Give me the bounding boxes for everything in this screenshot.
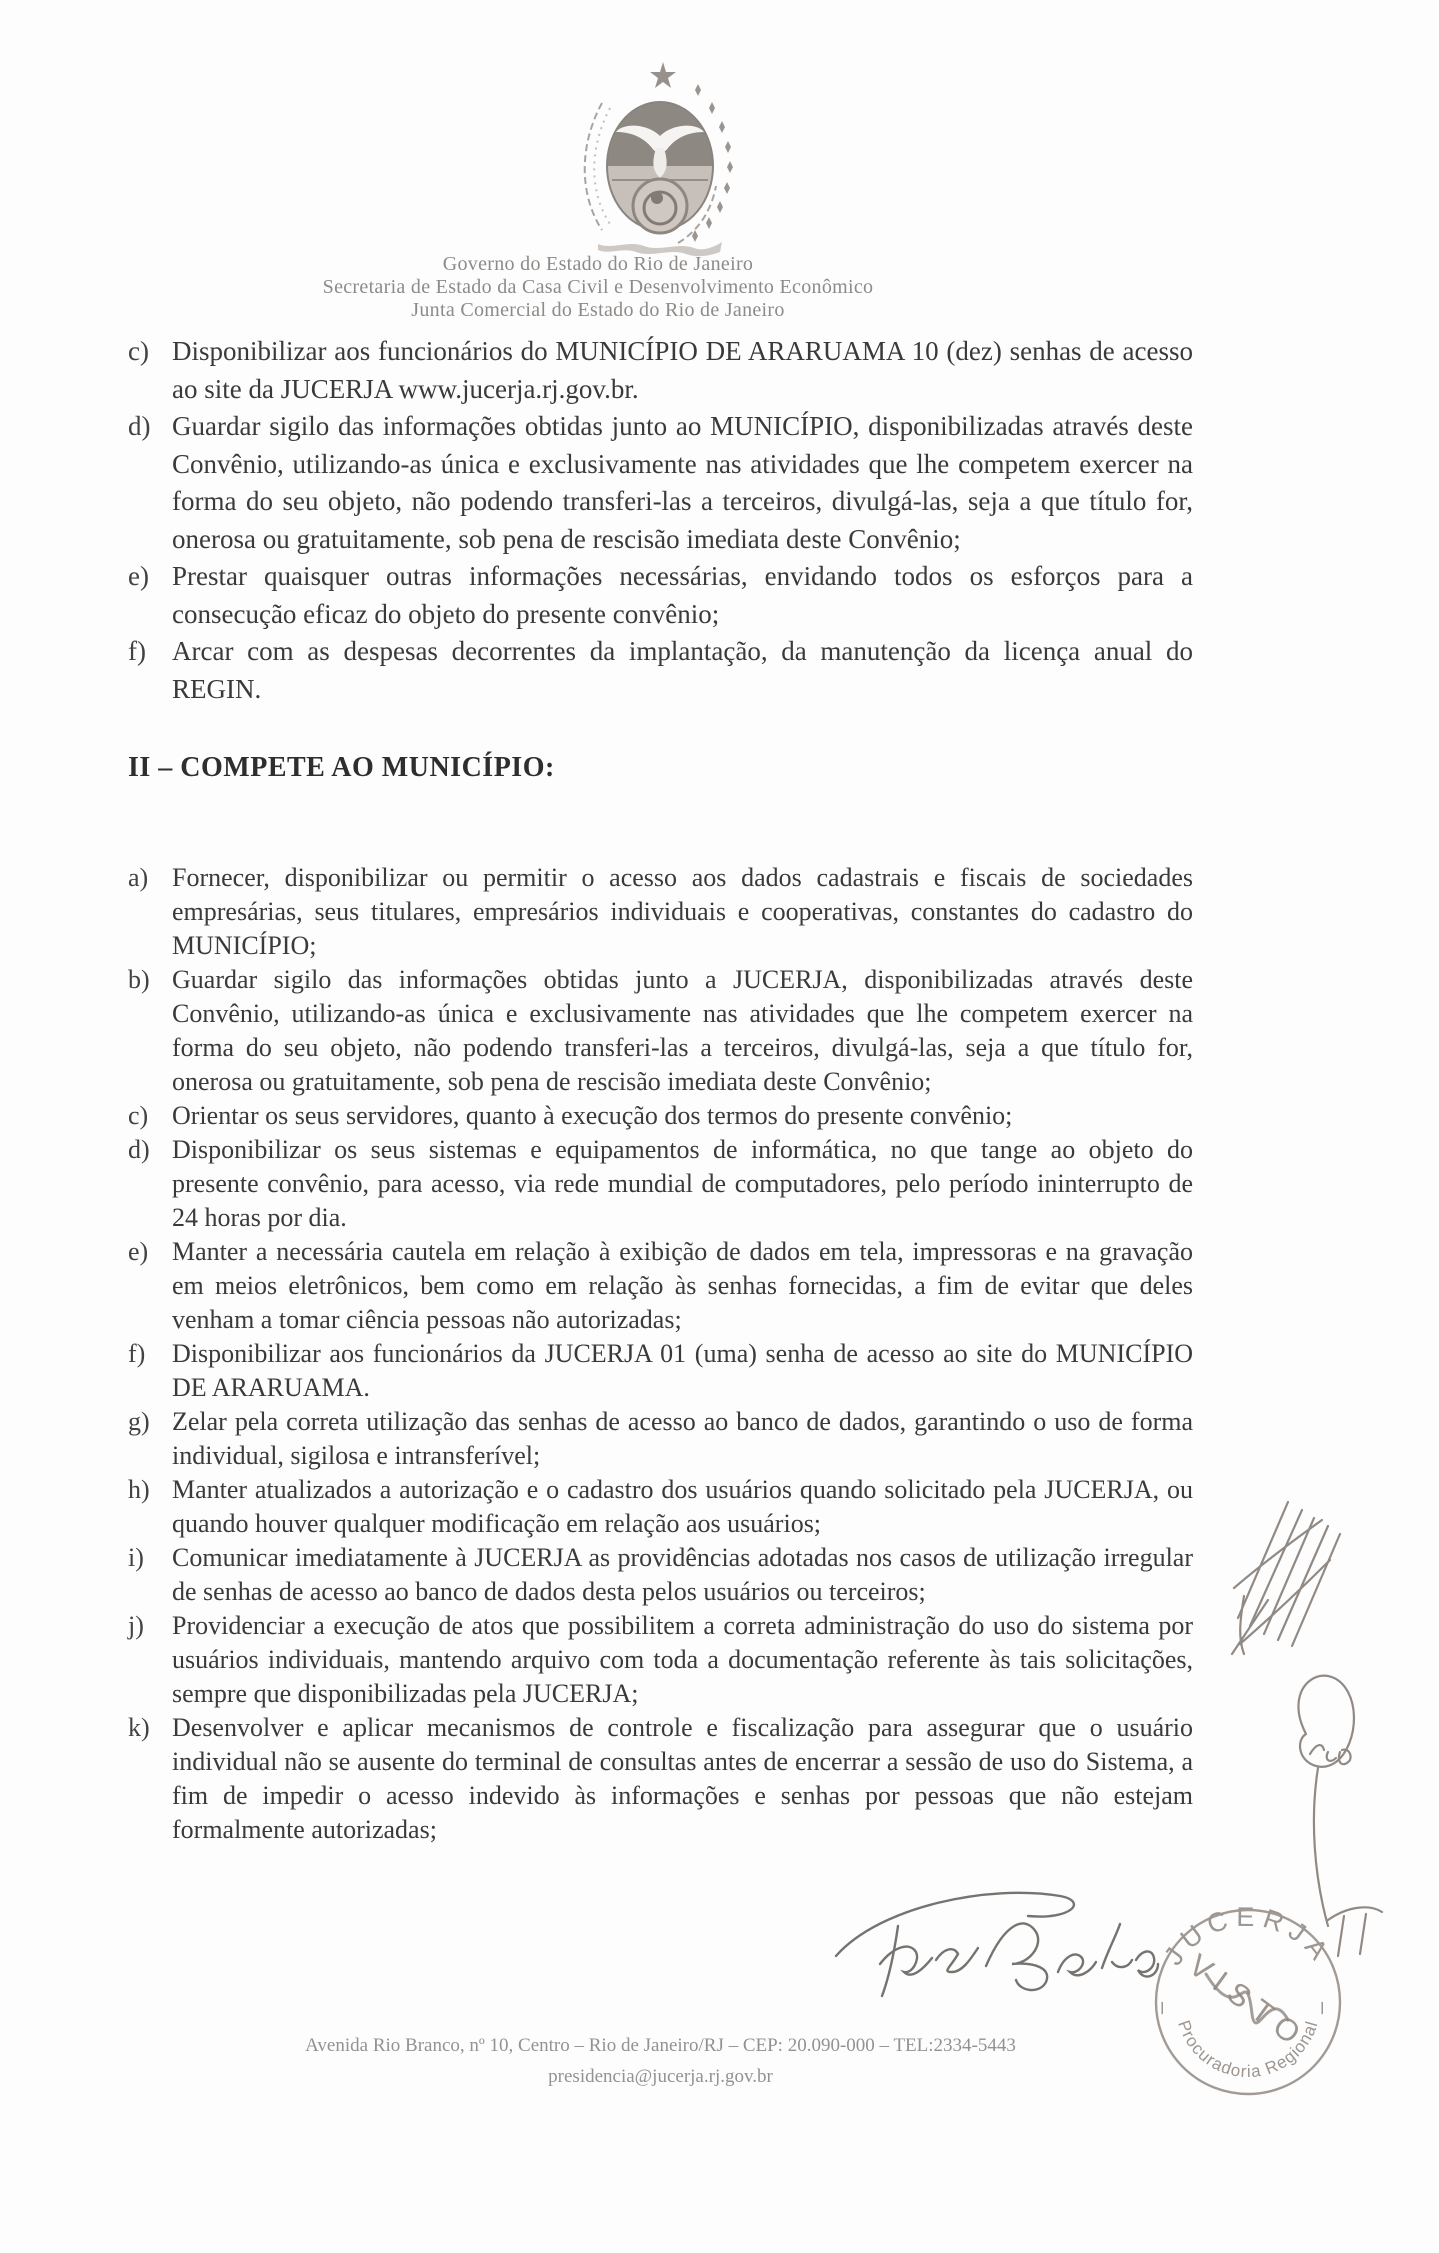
list-item: f) Disponibilizar aos funcionários da JU…	[128, 1337, 1193, 1405]
list-item-text: Providenciar a execução de atos que poss…	[172, 1609, 1193, 1711]
list-item: j) Providenciar a execução de atos que p…	[128, 1609, 1193, 1711]
list-item-text: Manter atualizados a autorização e o cad…	[172, 1473, 1193, 1541]
letterhead-line-junta-comercial: Junta Comercial do Estado do Rio de Jane…	[0, 299, 1196, 322]
list-item: e) Manter a necessária cautela em relaçã…	[128, 1235, 1193, 1337]
list-item-letter: f)	[128, 633, 172, 671]
list-item: g) Zelar pela correta utilização das sen…	[128, 1405, 1193, 1473]
list-item: c) Orientar os seus servidores, quanto à…	[128, 1099, 1193, 1133]
list-item: b) Guardar sigilo das informações obtida…	[128, 963, 1193, 1099]
stamp-org-arc-text: JUCERJA	[1158, 1902, 1338, 1971]
list-item-text: Fornecer, disponibilizar ou permitir o a…	[172, 861, 1193, 963]
scanned-convenio-page: Governo do Estado do Rio de Janeiro Secr…	[0, 0, 1439, 2253]
list-item-letter: e)	[128, 1235, 172, 1269]
list-item: d) Guardar sigilo das informações obtida…	[128, 408, 1193, 558]
list-item: i) Comunicar imediatamente à JUCERJA as …	[128, 1541, 1193, 1609]
list-item-letter: k)	[128, 1711, 172, 1745]
letterhead: Governo do Estado do Rio de Janeiro Secr…	[0, 253, 1196, 322]
page-footer: Avenida Rio Branco, nº 10, Centro – Rio …	[128, 2030, 1193, 2092]
list-item-text: Guardar sigilo das informações obtidas j…	[172, 408, 1193, 558]
list-item-text: Disponibilizar aos funcionários da JUCER…	[172, 1337, 1193, 1405]
stamp-left-dash: –	[1148, 2001, 1173, 2014]
list-item-letter: c)	[128, 1099, 172, 1133]
list-item: h) Manter atualizados a autorização e o …	[128, 1473, 1193, 1541]
list-item-text: Arcar com as despesas decorrentes da imp…	[172, 633, 1193, 708]
list-item-text: Disponibilizar aos funcionários do MUNIC…	[172, 333, 1193, 408]
section-heading: II – COMPETE AO MUNICÍPIO:	[128, 752, 555, 784]
stamp-right-dash: –	[1308, 2001, 1333, 2014]
letterhead-line-secretaria: Secretaria de Estado da Casa Civil e Des…	[0, 276, 1196, 299]
footer-email: presidencia@jucerja.rj.gov.br	[128, 2061, 1193, 2092]
list-item-letter: c)	[128, 333, 172, 371]
list-item-text: Orientar os seus servidores, quanto à ex…	[172, 1099, 1193, 1133]
list-item: k) Desenvolver e aplicar mecanismos de c…	[128, 1711, 1193, 1847]
list-item: d) Disponibilizar os seus sistemas e equ…	[128, 1133, 1193, 1235]
list-item-letter: g)	[128, 1405, 172, 1439]
list-item-letter: h)	[128, 1473, 172, 1507]
list-item-letter: j)	[128, 1609, 172, 1643]
list-item-text: Manter a necessária cautela em relação à…	[172, 1235, 1193, 1337]
footer-address: Avenida Rio Branco, nº 10, Centro – Rio …	[128, 2030, 1193, 2061]
list-item-letter: d)	[128, 1133, 172, 1167]
list-item-text: Prestar quaisquer outras informações nec…	[172, 558, 1193, 633]
list-item: f) Arcar com as despesas decorrentes da …	[128, 633, 1193, 708]
list-item-text: Guardar sigilo das informações obtidas j…	[172, 963, 1193, 1099]
list-item-text: Disponibilizar os seus sistemas e equipa…	[172, 1133, 1193, 1235]
list-item-letter: i)	[128, 1541, 172, 1575]
list-item: c) Disponibilizar aos funcionários do MU…	[128, 333, 1193, 408]
clause-list-section-1: c) Disponibilizar aos funcionários do MU…	[128, 333, 1193, 708]
list-item-letter: f)	[128, 1337, 172, 1371]
list-item: e) Prestar quaisquer outras informações …	[128, 558, 1193, 633]
list-item-text: Desenvolver e aplicar mecanismos de cont…	[172, 1711, 1193, 1847]
list-item-letter: e)	[128, 558, 172, 596]
list-item-letter: b)	[128, 963, 172, 997]
list-item-text: Comunicar imediatamente à JUCERJA as pro…	[172, 1541, 1193, 1609]
clause-list-section-2: a) Fornecer, disponibilizar ou permitir …	[128, 861, 1193, 1847]
rio-de-janeiro-coat-of-arms-icon	[560, 58, 760, 263]
list-item-letter: d)	[128, 408, 172, 446]
list-item-text: Zelar pela correta utilização das senhas…	[172, 1405, 1193, 1473]
signature-scribble	[820, 1876, 1160, 2001]
margin-initials-scribble	[1210, 1468, 1439, 1958]
letterhead-line-government: Governo do Estado do Rio de Janeiro	[0, 253, 1196, 276]
list-item-letter: a)	[128, 861, 172, 895]
list-item: a) Fornecer, disponibilizar ou permitir …	[128, 861, 1193, 963]
